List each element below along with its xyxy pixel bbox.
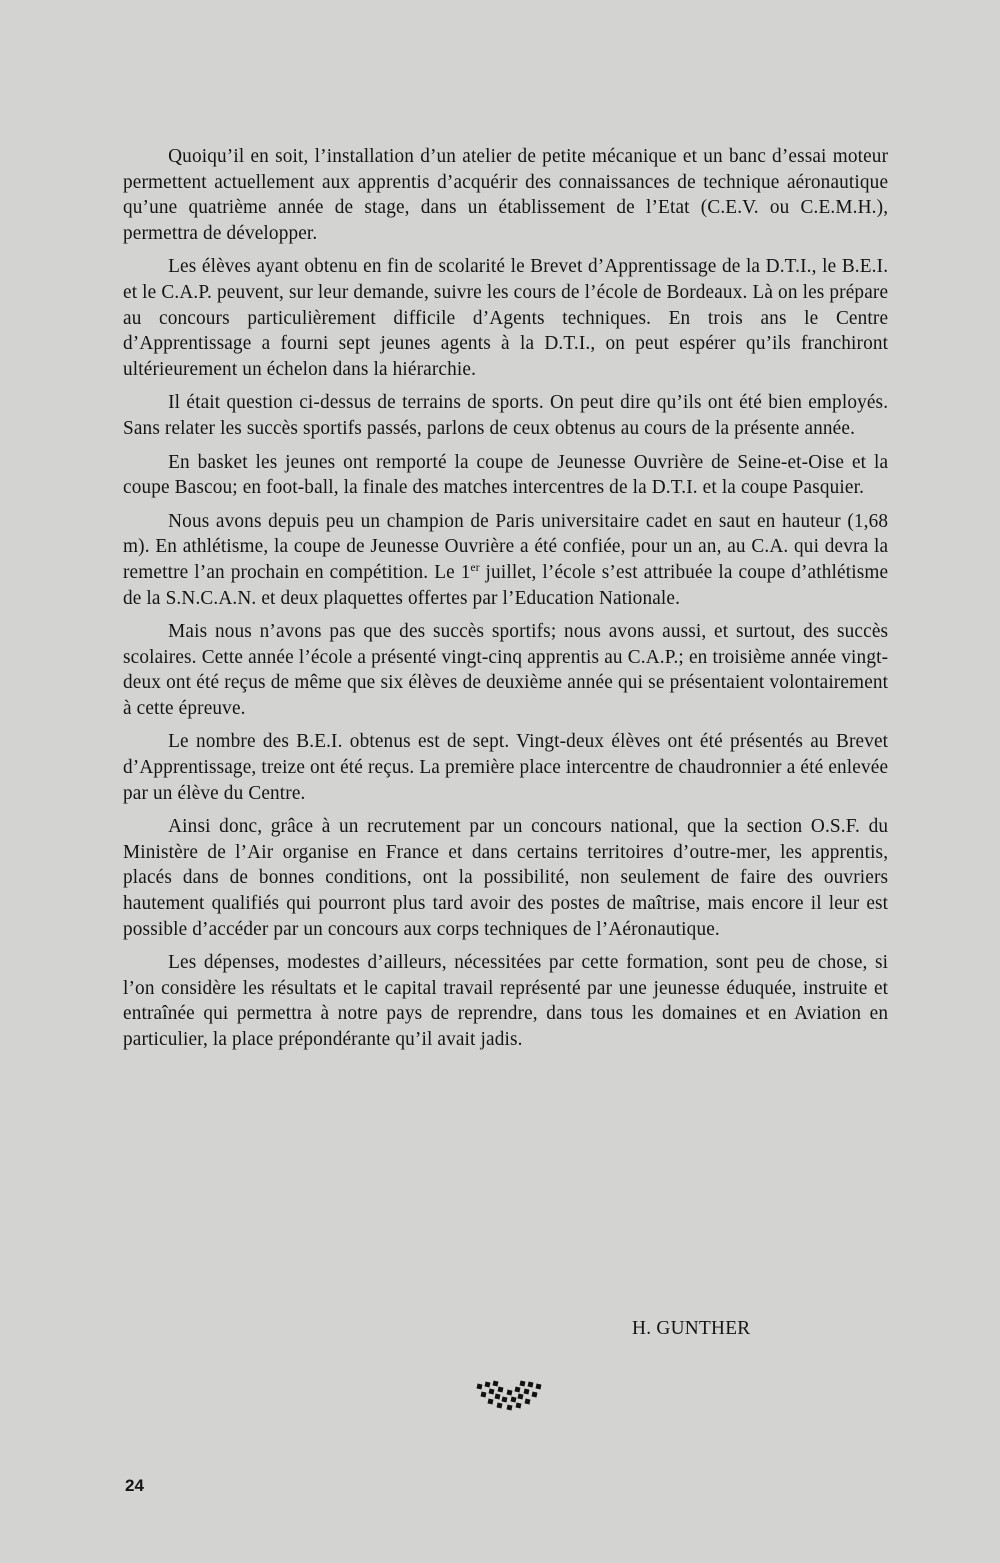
paragraph-brevet: Les élèves ayant obtenu en fin de scolar… bbox=[123, 254, 888, 382]
paragraph-depenses: Les dépenses, modestes d’ailleurs, néces… bbox=[123, 950, 888, 1052]
page-number: 24 bbox=[125, 1476, 144, 1496]
arc-of-dots-ornament-icon bbox=[474, 1378, 544, 1414]
article-body: Quoiqu’il en soit, l’installation d’un a… bbox=[123, 144, 888, 1061]
paragraph-athletisme: Nous avons depuis peu un champion de Par… bbox=[123, 509, 888, 611]
paragraph-succes-scolaires: Mais nous n’avons pas que des succès spo… bbox=[123, 619, 888, 721]
paragraph-atelier: Quoiqu’il en soit, l’installation d’un a… bbox=[123, 144, 888, 246]
paragraph-sports-intro: Il était question ci-dessus de terrains … bbox=[123, 390, 888, 441]
author-signature: H. GUNTHER bbox=[632, 1317, 750, 1340]
ordinal-superscript: er bbox=[471, 560, 480, 574]
paragraph-bei: Le nombre des B.E.I. obtenus est de sept… bbox=[123, 729, 888, 806]
paragraph-basket: En basket les jeunes ont remporté la cou… bbox=[123, 450, 888, 501]
paragraph-recrutement: Ainsi donc, grâce à un recrutement par u… bbox=[123, 814, 888, 942]
